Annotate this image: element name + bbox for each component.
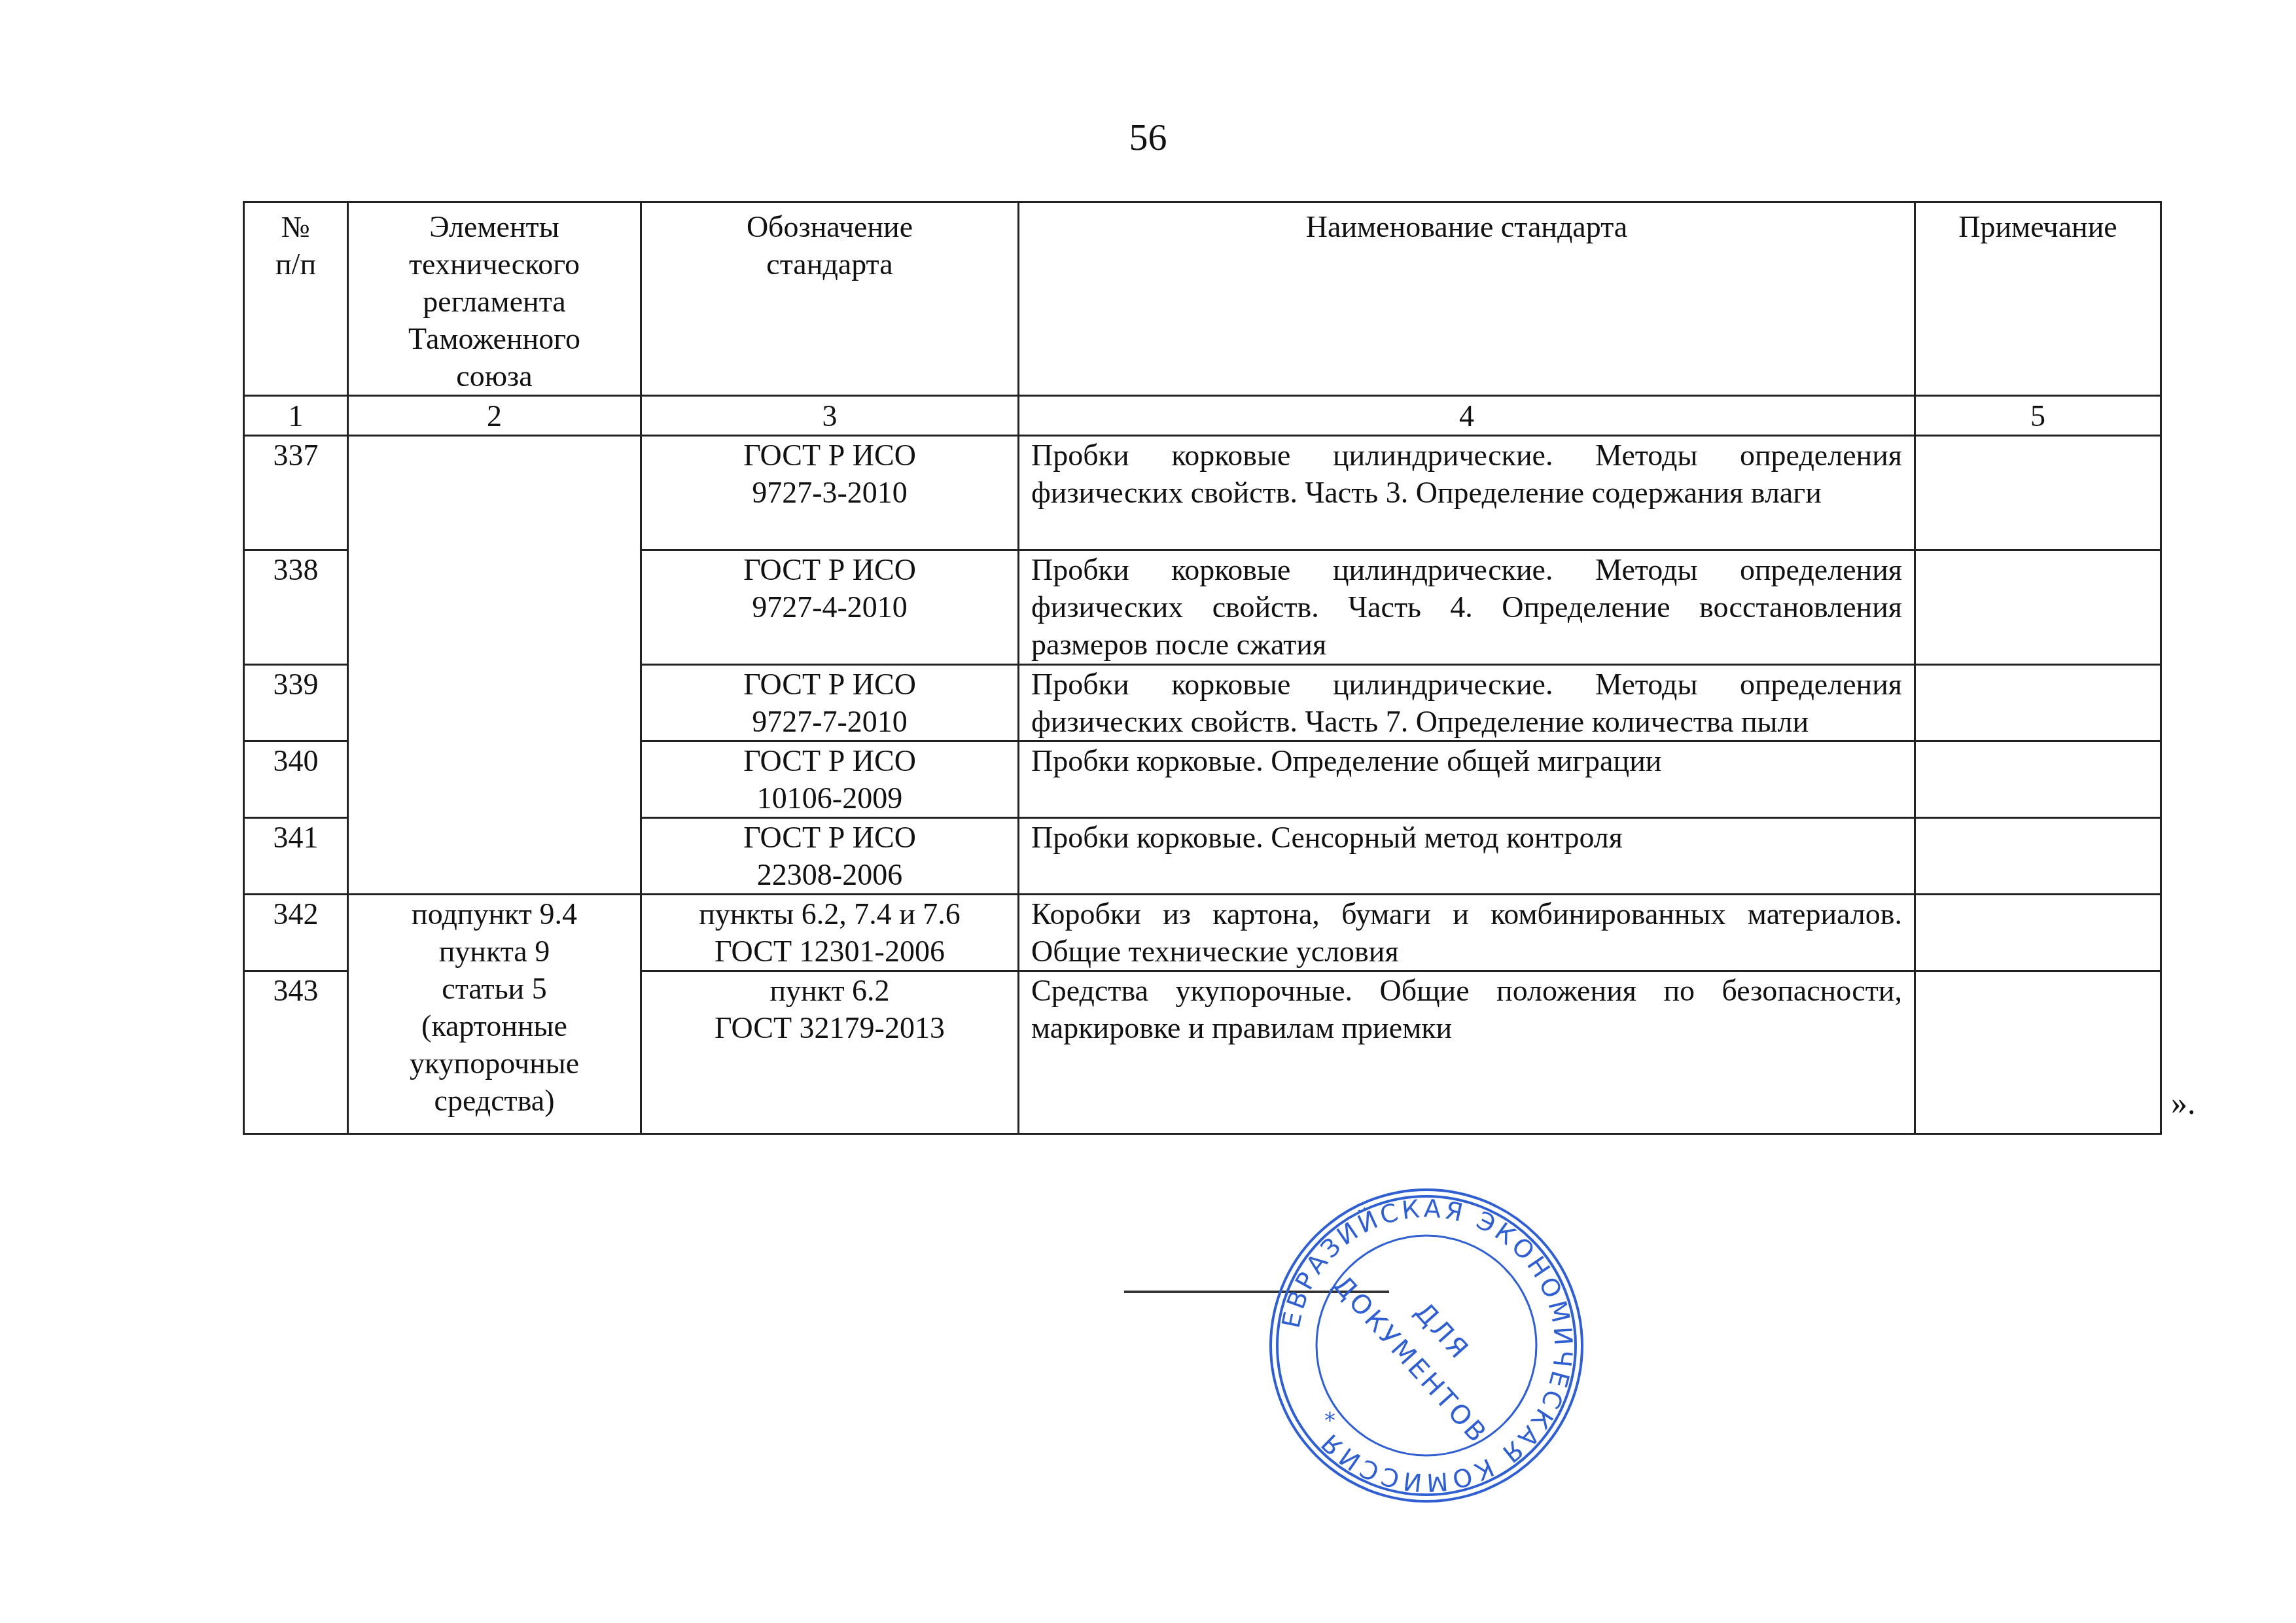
row-note [1915,895,2161,971]
row-standard-name: Пробки корковые. Определение общей мигра… [1019,741,1915,818]
row-number: 342 [244,895,348,971]
stamp-ring-text: ЕВРАЗИЙСКАЯ ЭКОНОМИЧЕСКАЯ КОМИССИЯ [1277,1194,1578,1497]
column-number: 4 [1019,396,1915,436]
header-note: Примечание [1915,202,2161,396]
closing-quote: ». [2171,1083,2196,1122]
row-standard-name: Пробки корковые цилиндрические. Методы о… [1019,665,1915,741]
standards-table: № п/п Элементы технического регламента Т… [243,201,2162,1135]
row-standard-code: пункты 6.2, 7.4 и 7.6 ГОСТ 12301-2006 [641,895,1019,971]
page-number: 56 [0,115,2296,160]
row-note [1915,550,2161,665]
official-stamp: ЕВРАЗИЙСКАЯ ЭКОНОМИЧЕСКАЯ КОМИССИЯ * ДЛЯ… [1267,1186,1586,1505]
row-number: 337 [244,436,348,550]
stamp-star-icon: * [1324,1408,1335,1434]
row-standard-code: ГОСТ Р ИСО 9727-3-2010 [641,436,1019,550]
table-header-row: № п/п Элементы технического регламента Т… [244,202,2161,396]
column-numbers-row: 1 2 3 4 5 [244,396,2161,436]
row-note [1915,436,2161,550]
row-standard-code: ГОСТ Р ИСО 22308-2006 [641,818,1019,895]
column-number: 3 [641,396,1019,436]
row-standard-code: пункт 6.2 ГОСТ 32179-2013 [641,971,1019,1134]
row-note [1915,665,2161,741]
row-standard-name: Пробки корковые цилиндрические. Методы о… [1019,550,1915,665]
row-standard-name: Коробки из картона, бумаги и комбинирова… [1019,895,1915,971]
table-row: 342 подпункт 9.4 пункта 9 статьи 5 (карт… [244,895,2161,971]
table-row: 337 ГОСТ Р ИСО 9727-3-2010 Пробки корков… [244,436,2161,550]
header-elements: Элементы технического регламента Таможен… [348,202,641,396]
row-standard-code: ГОСТ Р ИСО 9727-4-2010 [641,550,1019,665]
header-standard-name: Наименование стандарта [1019,202,1915,396]
row-note [1915,818,2161,895]
header-designation: Обозначение стандарта [641,202,1019,396]
row-element-empty [348,436,641,895]
row-note [1915,741,2161,818]
row-standard-name: Средства укупорочные. Общие положения по… [1019,971,1915,1134]
row-standard-code: ГОСТ Р ИСО 10106-2009 [641,741,1019,818]
row-standard-name: Пробки корковые цилиндрические. Методы о… [1019,436,1915,550]
stamp-inner-ring [1316,1236,1536,1455]
column-number: 5 [1915,396,2161,436]
row-standard-code: ГОСТ Р ИСО 9727-7-2010 [641,665,1019,741]
row-number: 343 [244,971,348,1134]
column-number: 2 [348,396,641,436]
row-note [1915,971,2161,1134]
row-number: 341 [244,818,348,895]
row-number: 338 [244,550,348,665]
row-number: 340 [244,741,348,818]
row-number: 339 [244,665,348,741]
row-regulation-element: подпункт 9.4 пункта 9 статьи 5 (картонны… [348,895,641,1134]
header-number: № п/п [244,202,348,396]
column-number: 1 [244,396,348,436]
stamp-center-text-line2: ДОКУМЕНТОВ [1327,1270,1493,1450]
row-standard-name: Пробки корковые. Сенсорный метод контрол… [1019,818,1915,895]
